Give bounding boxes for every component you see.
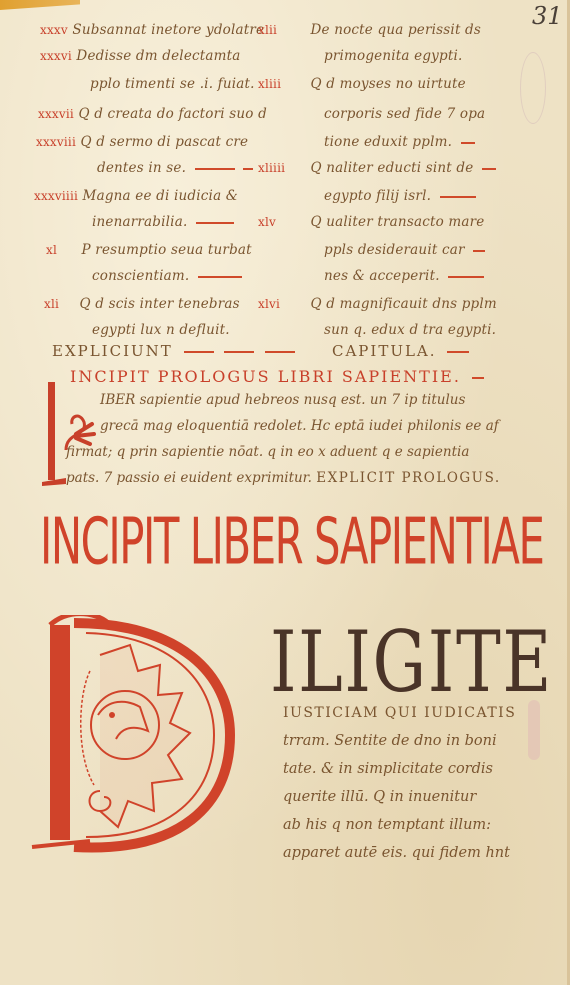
book-title: INCIPIT LIBER SAPIENTIAE <box>40 504 543 579</box>
chapter-entry-continued: conscientiam. <box>92 268 242 284</box>
line-filler <box>448 276 484 278</box>
line-filler <box>224 351 254 353</box>
line-filler <box>195 168 235 170</box>
chapter-entry: xlvi Q d magnificauit dns pplm <box>258 296 497 312</box>
line-filler <box>472 377 484 379</box>
folio-number: 31 <box>532 2 563 30</box>
chapter-entry-continued: inenarrabilia. <box>92 214 234 230</box>
chapter-entry-continued: pplo timenti se .i. fuiat. <box>90 76 255 92</box>
line-filler <box>198 276 242 278</box>
explicit-capitula-left: EXPLICIUNT <box>52 342 295 360</box>
chapter-entry: xl P resumptio seua turbat <box>46 242 252 258</box>
chapter-entry-continued: ppls desiderauit car <box>324 242 485 258</box>
explicit-capitula-right: CAPITULA. <box>332 342 469 360</box>
line-filler <box>473 250 485 252</box>
prologue-line: pats. 7 passio ei euident exprimitur. EX… <box>66 470 501 486</box>
chapter-entry: xlv Q ualiter transacto mare <box>258 214 485 230</box>
chapter-entry: xliii Q d moyses no uirtute <box>258 76 466 92</box>
prologue-line: IBER sapientie apud hebreos nusq est. un… <box>100 392 465 408</box>
prologue-line: grecā mag eloquentiā redolet. Hc eptā iu… <box>100 418 499 434</box>
chapter-entry-continued: tione eduxit pplm. <box>324 134 475 150</box>
chapter-entry: xxxviiii Magna ee di iudicia & <box>34 188 238 204</box>
page-corner-tab <box>0 0 80 10</box>
chapter-entry: xxxviii Q d sermo di pascat cre <box>36 134 248 150</box>
parchment-stain <box>520 52 546 124</box>
text-line: apparet autē eis. qui fidem hnt <box>283 845 510 861</box>
chapter-entry: xxxv Subsannat inetore ydolatre <box>40 22 264 38</box>
line-filler <box>447 351 469 353</box>
line-filler <box>461 142 475 144</box>
chapter-entry: xli Q d scis inter tenebras <box>44 296 240 312</box>
prologue-incipit: INCIPIT PROLOGUS LIBRI SAPIENTIE. <box>70 367 484 386</box>
line-filler <box>265 351 295 353</box>
chapter-entry-continued: dentes in se. <box>97 160 253 176</box>
prologue-explicit: EXPLICIT PROLOGUS. <box>316 470 500 486</box>
text-line: tate. & in simplicitate cordis <box>283 761 493 777</box>
chapter-entry: xlii De nocte qua perissit ds <box>258 22 481 38</box>
prologue-line: firmat; q prin sapientie nōat. q in eo x… <box>66 444 469 460</box>
incipit-word-remainder: ILIGITE <box>270 620 553 704</box>
line-filler <box>482 168 496 170</box>
line-filler <box>184 351 214 353</box>
text-line: querite illū. Q in inuenitur <box>283 789 476 805</box>
line-filler <box>440 196 476 198</box>
line-filler <box>196 222 234 224</box>
line-filler <box>243 168 253 170</box>
chapter-entry-continued: corporis sed fide 7 opa <box>324 106 485 122</box>
chapter-entry: xxxvii Q d creata do factori suo d <box>38 106 267 122</box>
chapter-entry-continued: nes & acceperit. <box>324 268 484 284</box>
chapter-entry-continued: primogenita egypti. <box>324 48 462 64</box>
chapter-entry: xxxvi Dedisse dm delectamta <box>40 48 241 64</box>
text-line: trram. Sentite de dno in boni <box>283 733 497 749</box>
manuscript-page: 31 xxxv Subsannat inetore ydolatre xxxvi… <box>0 0 570 985</box>
chapter-entry: xliiii Q naliter educti sint de <box>258 160 496 176</box>
chapter-entry-continued: egypti lux n defluit. <box>92 322 230 338</box>
text-line: IUSTICIAM QUI IUDICATIS <box>283 705 516 721</box>
chapter-entry-continued: egypto filij isrl. <box>324 188 476 204</box>
decorated-initial-D <box>30 615 240 860</box>
chapter-entry-continued: sun q. edux d tra egypti. <box>324 322 496 338</box>
text-line: ab his q non temptant illum: <box>283 817 491 833</box>
